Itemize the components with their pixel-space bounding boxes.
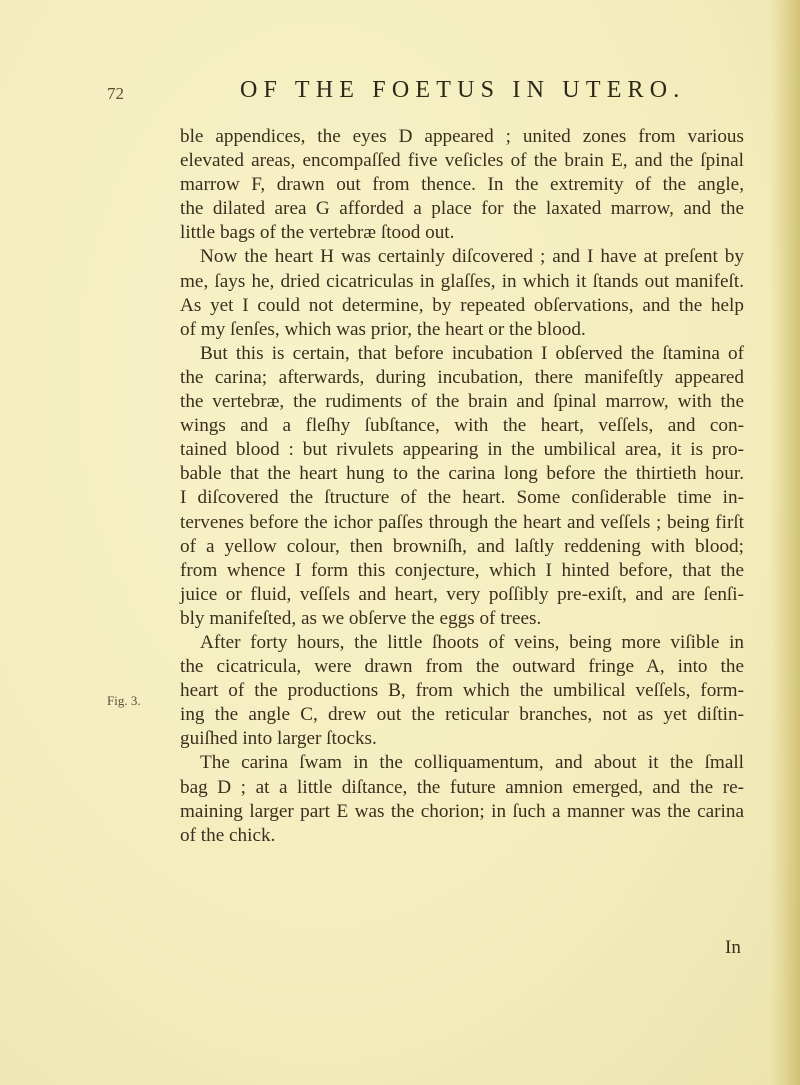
text-line: guiſhed into larger ſtocks. (180, 727, 744, 751)
paragraph-start-line: But this is certain, that before incubat… (180, 342, 744, 366)
text-line: tained blood : but rivulets appearing in… (180, 438, 744, 462)
text-line: me, ſays he, dried cicatriculas in glaſſ… (180, 270, 744, 294)
text-line: ing the angle C, drew out the reticular … (180, 703, 744, 727)
text-line: wings and a fleſhy ſubſtance, with the h… (180, 414, 744, 438)
text-line: elevated areas, encompaſſed five veſicle… (180, 149, 744, 173)
paragraph-start-line: The carina ſwam in the colliquamentum, a… (180, 751, 744, 775)
text-line: ble appendices, the eyes D appeared ; un… (180, 125, 744, 149)
text-line: the vertebræ, the rudiments of the brain… (180, 390, 744, 414)
catchword: In (725, 937, 741, 959)
text-line: heart of the productions B, from which t… (180, 679, 744, 703)
text-line: of a yellow colour, then browniſh, and l… (180, 535, 744, 559)
text-line: bly manifeſted, as we obſerve the eggs o… (180, 607, 744, 631)
text-line: of my ſenſes, which was prior, the heart… (180, 318, 744, 342)
text-line: of the chick. (180, 824, 744, 848)
text-line: As yet I could not determine, by repeate… (180, 294, 744, 318)
text-line: marrow F, drawn out from thence. In the … (180, 173, 744, 197)
text-line: the carina; afterwards, during incubatio… (180, 366, 744, 390)
text-line: the dilated area G afforded a place for … (180, 197, 744, 221)
text-line: from whence I form this conjecture, whic… (180, 559, 744, 583)
paragraph-start-line: After forty hours, the little ſhoots of … (180, 631, 744, 655)
text-line: bable that the heart hung to the carina … (180, 462, 744, 486)
figure-reference-note: Fig. 3. (107, 693, 141, 709)
paragraph-start-line: Now the heart H was certainly diſcovered… (180, 245, 744, 269)
running-head: OF THE FOETUS IN UTERO. (240, 77, 686, 104)
page-number: 72 (107, 84, 124, 104)
text-line: I diſcovered the ſtructure of the heart.… (180, 486, 744, 510)
text-line: the cicatricula, were drawn from the out… (180, 655, 744, 679)
body-text: ble appendices, the eyes D appeared ; un… (180, 125, 744, 848)
text-line: bag D ; at a little diſtance, the future… (180, 776, 744, 800)
text-line: maining larger part E was the chorion; i… (180, 800, 744, 824)
text-line: juice or fluid, veſſels and heart, very … (180, 583, 744, 607)
text-line: tervenes before the ichor paſſes through… (180, 511, 744, 535)
text-line: little bags of the vertebræ ſtood out. (180, 221, 744, 245)
book-page: 72 OF THE FOETUS IN UTERO. ble appendice… (0, 0, 800, 1085)
